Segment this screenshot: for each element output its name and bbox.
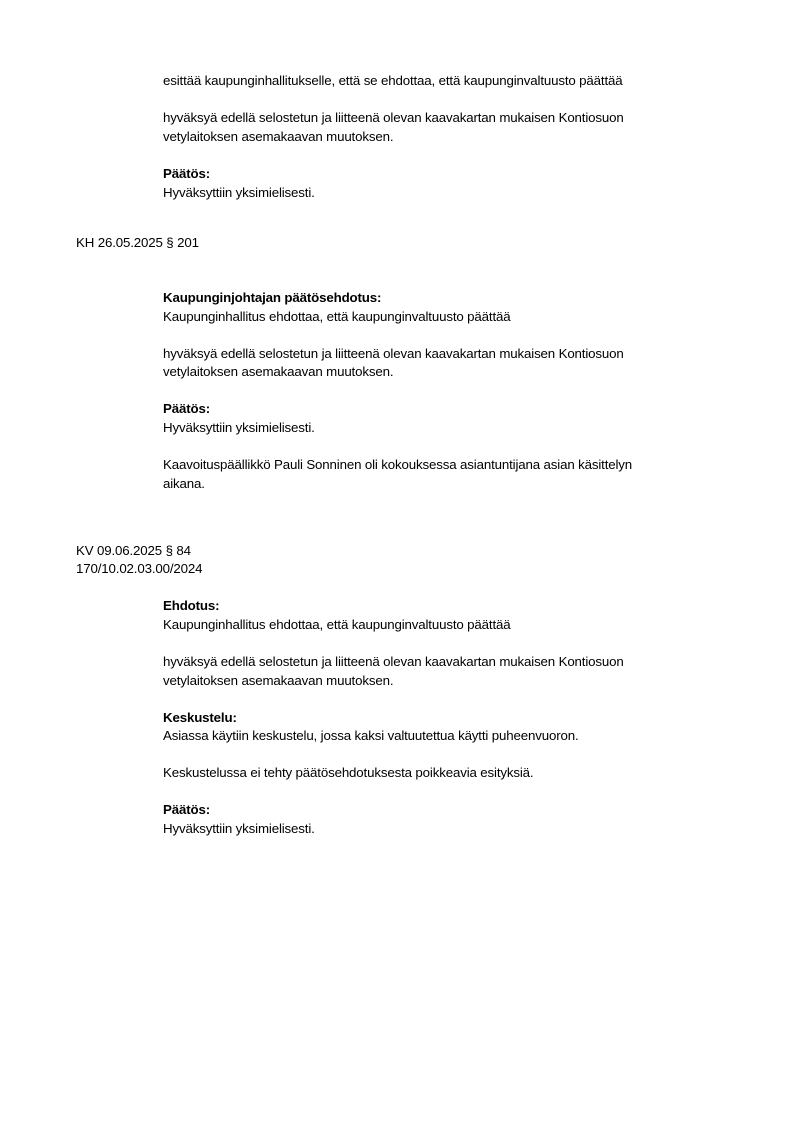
block2-decision-text: Hyväksyttiin yksimielisesti. <box>163 418 315 437</box>
block1-decision-text: Hyväksyttiin yksimielisesti. <box>163 183 315 202</box>
block1-decision-heading: Päätös: <box>163 164 210 183</box>
block2-intro: Kaupunginhallitus ehdottaa, että kaupung… <box>163 307 511 326</box>
block1-proposal-line2: vetylaitoksen asemakaavan muutoksen. <box>163 127 393 146</box>
block3-intro: Kaupunginhallitus ehdottaa, että kaupung… <box>163 615 511 634</box>
block2-heading: Kaupunginjohtajan päätösehdotus: <box>163 288 381 307</box>
block1-proposal-line1: hyväksyä edellä selostetun ja liitteenä … <box>163 108 624 127</box>
block3-case-number: 170/10.02.03.00/2024 <box>76 559 202 578</box>
block2-decision-heading: Päätös: <box>163 399 210 418</box>
block1-intro: esittää kaupunginhallitukselle, että se … <box>163 71 623 90</box>
block2-proposal-line1: hyväksyä edellä selostetun ja liitteenä … <box>163 344 624 363</box>
block3-heading: Ehdotus: <box>163 596 219 615</box>
block2-note-line2: aikana. <box>163 474 205 493</box>
block3-reference: KV 09.06.2025 § 84 <box>76 541 191 560</box>
block2-reference: KH 26.05.2025 § 201 <box>76 233 199 252</box>
block3-proposal-line2: vetylaitoksen asemakaavan muutoksen. <box>163 671 393 690</box>
block3-decision-text: Hyväksyttiin yksimielisesti. <box>163 819 315 838</box>
block3-discussion-note: Keskustelussa ei tehty päätösehdotuksest… <box>163 763 533 782</box>
block2-proposal-line2: vetylaitoksen asemakaavan muutoksen. <box>163 362 393 381</box>
block3-decision-heading: Päätös: <box>163 800 210 819</box>
block3-proposal-line1: hyväksyä edellä selostetun ja liitteenä … <box>163 652 624 671</box>
block2-note-line1: Kaavoituspäällikkö Pauli Sonninen oli ko… <box>163 455 632 474</box>
block3-discussion-text: Asiassa käytiin keskustelu, jossa kaksi … <box>163 726 579 745</box>
block3-discussion-heading: Keskustelu: <box>163 708 237 727</box>
